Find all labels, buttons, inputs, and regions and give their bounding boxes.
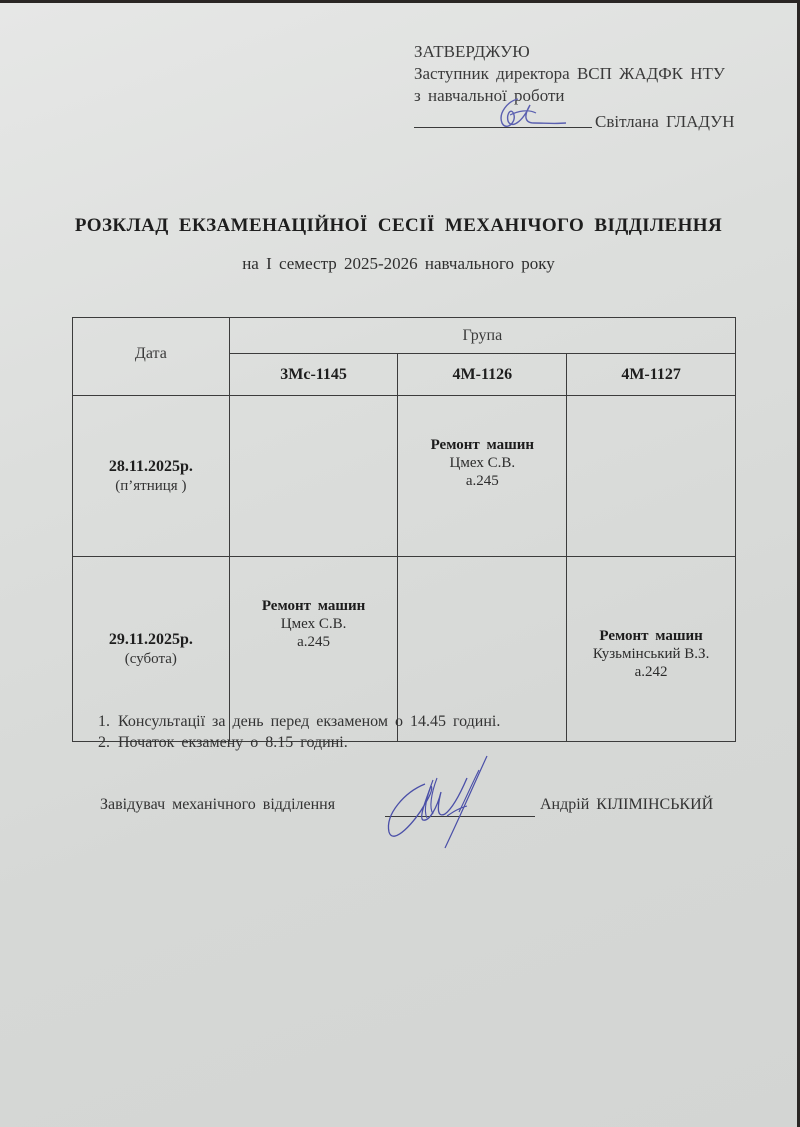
group-code: 4М-1127 (567, 354, 736, 396)
exam-subject: Ремонт машин (567, 627, 735, 645)
exam-cell: Ремонт машин Кузьмінський В.З. а.242 (567, 557, 736, 742)
exam-cell: Ремонт машин Цмех С.В. а.245 (398, 396, 567, 557)
footer-signature-line (385, 816, 535, 817)
footer-signature-icon (375, 752, 525, 852)
group-code: 3Мс-1145 (229, 354, 398, 396)
exam-teacher: Цмех С.В. (398, 454, 566, 472)
date-column-header: Дата (73, 318, 230, 396)
page-subtitle: на І семестр 2025-2026 навчального року (0, 254, 797, 274)
exam-date: 29.11.2025р. (73, 630, 229, 650)
exam-weekday: (субота) (73, 650, 229, 669)
table-row: 28.11.2025р. (п’ятниця ) Ремонт машин Цм… (73, 396, 736, 557)
exam-date: 28.11.2025р. (73, 457, 229, 477)
approval-signature-row: Світлана ГЛАДУН (414, 107, 725, 133)
approval-heading: ЗАТВЕРДЖУЮ (414, 41, 725, 63)
notes-list: Консультації за день перед екзаменом о 1… (100, 711, 500, 753)
group-code: 4М-1126 (398, 354, 567, 396)
exam-teacher: Кузьмінський В.З. (567, 645, 735, 663)
exam-subject: Ремонт машин (230, 597, 398, 615)
note-item: Початок екзамену о 8.15 годині. (117, 732, 500, 753)
table-header-row: Дата Група (73, 318, 736, 354)
date-cell: 28.11.2025р. (п’ятниця ) (73, 396, 230, 557)
group-column-header: Група (229, 318, 735, 354)
document-page: ЗАТВЕРДЖУЮ Заступник директора ВСП ЖАДФК… (0, 3, 797, 1127)
exam-weekday: (п’ятниця ) (73, 477, 229, 496)
exam-room: а.245 (398, 472, 566, 490)
approval-block: ЗАТВЕРДЖУЮ Заступник директора ВСП ЖАДФК… (414, 41, 725, 133)
exam-room: а.245 (230, 633, 398, 651)
exam-cell-empty (567, 396, 736, 557)
approval-position-line2: з навчальної роботи (414, 85, 725, 107)
exam-room: а.242 (567, 663, 735, 681)
exam-schedule-table: Дата Група 3Мс-1145 4М-1126 4М-1127 28.1… (72, 317, 736, 742)
footer-signature-block: Завідувач механічного відділення Андрій … (100, 796, 760, 826)
page-title: РОЗКЛАД ЕКЗАМЕНАЦІЙНОЇ СЕСІЇ МЕХАНІЧОГО … (0, 215, 797, 237)
footer-position: Завідувач механічного відділення (100, 796, 335, 814)
exam-cell-empty (229, 396, 398, 557)
approval-signature-line (414, 127, 592, 128)
note-item: Консультації за день перед екзаменом о 1… (117, 711, 500, 732)
approval-signatory: Світлана ГЛАДУН (595, 111, 735, 133)
footer-signatory: Андрій КІЛІМІНСЬКИЙ (540, 796, 713, 814)
exam-subject: Ремонт машин (398, 436, 566, 454)
approval-position-line1: Заступник директора ВСП ЖАДФК НТУ (414, 63, 725, 85)
exam-teacher: Цмех С.В. (230, 615, 398, 633)
